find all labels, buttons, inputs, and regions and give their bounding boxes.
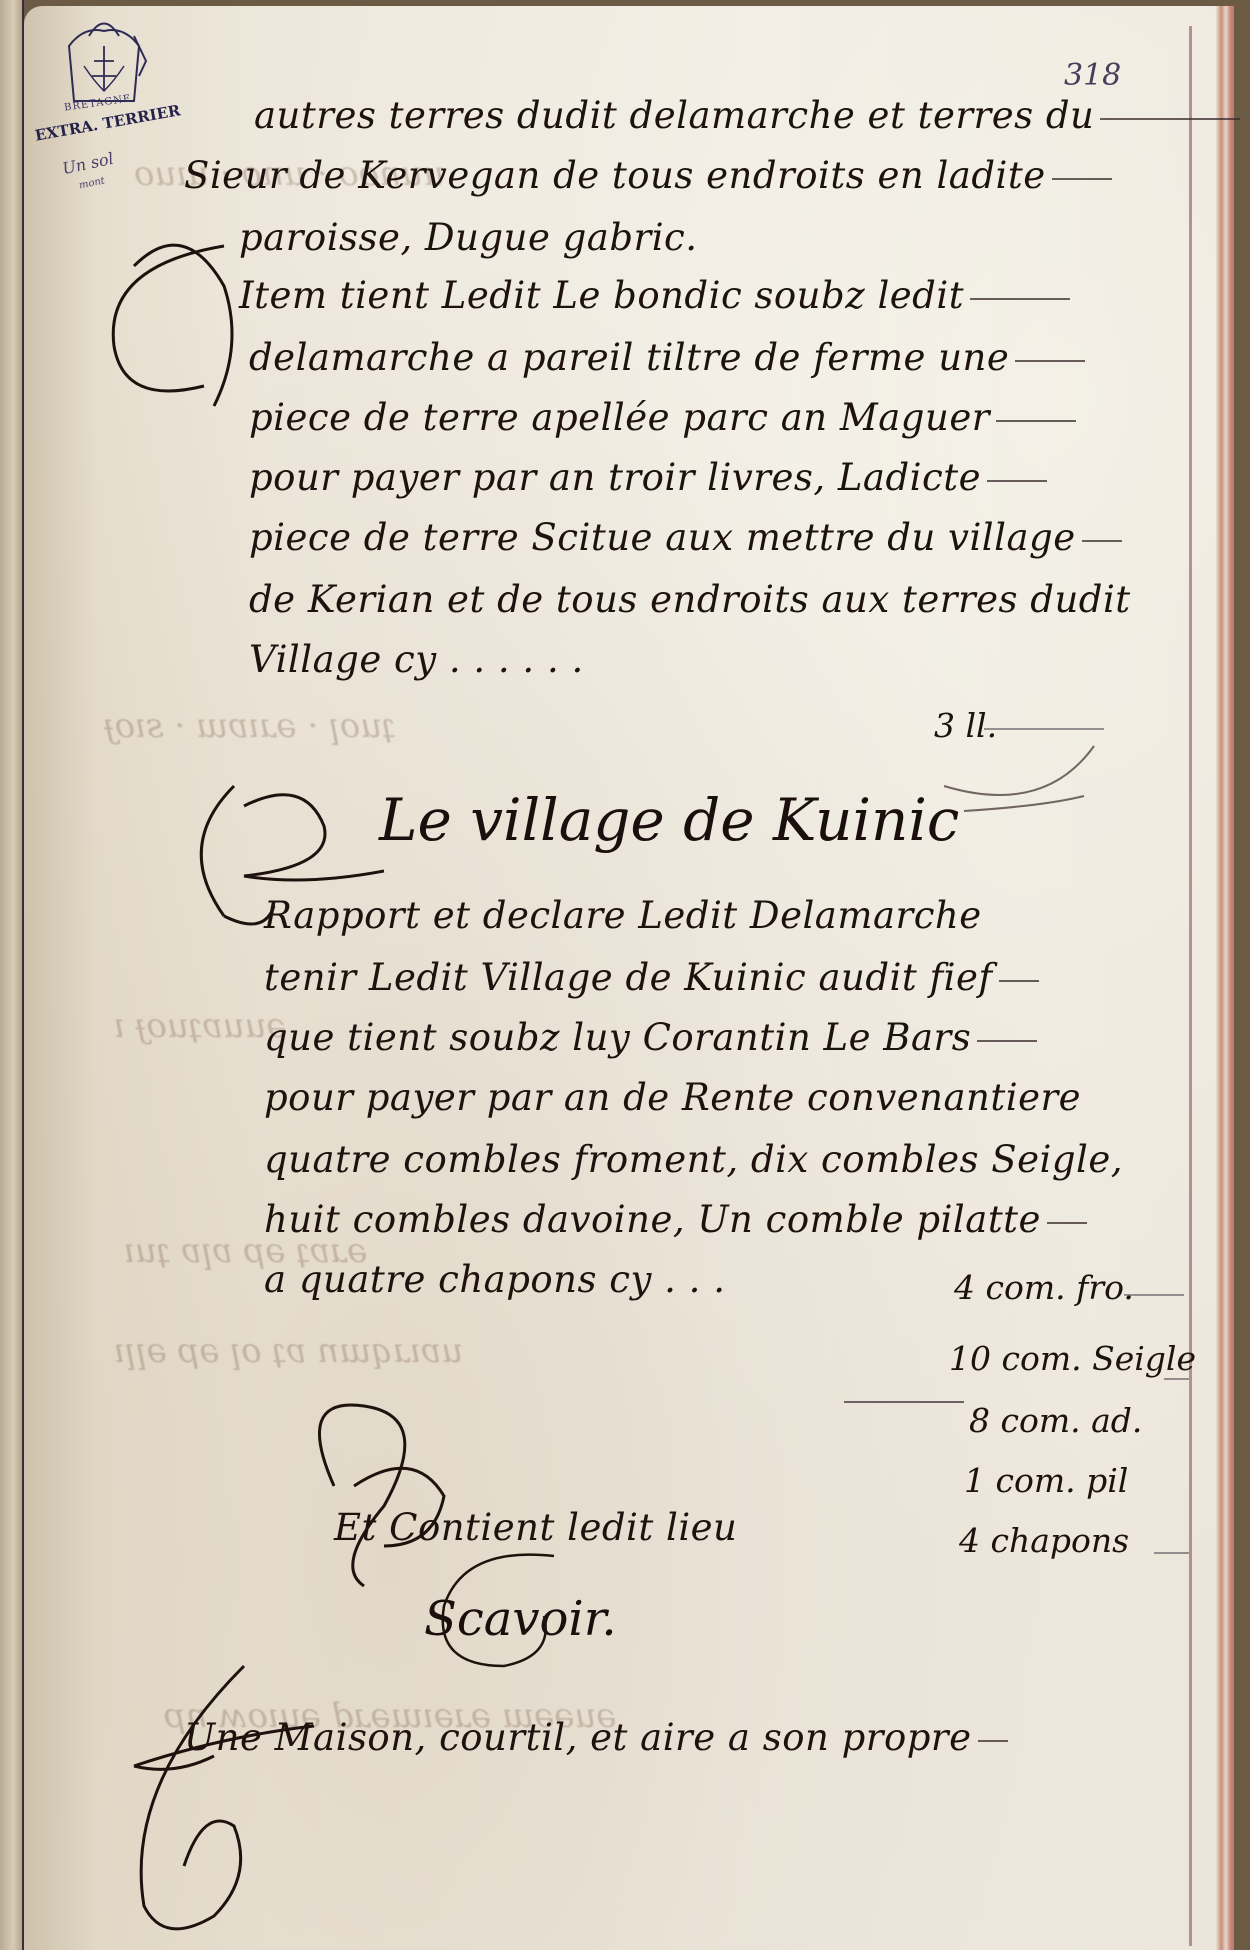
dues-entry: 10 com. Seigle [949, 1339, 1196, 1378]
folio-number: 318 [1064, 58, 1121, 93]
divider [1124, 1294, 1184, 1296]
text-line: Une Maison, courtil, et aire a son propr… [184, 1716, 1008, 1759]
bleed-through-text: ʇuoꞁ · ǝɹıɐɯ · sıoɟ [104, 706, 396, 746]
text-line: huit combles davoine, Un comble pilatte [264, 1198, 1087, 1241]
divider [1154, 1552, 1189, 1554]
text-line: Item tient Ledit Le bondic soubz ledit [239, 274, 1070, 317]
page-edge [1216, 6, 1234, 1950]
dues-entry: 4 com. fro. [954, 1268, 1134, 1307]
subheading: Scavoir. [424, 1591, 617, 1647]
bleed-through-text: ǝuuɐʇuoɟ ı [114, 1006, 287, 1046]
text-line: Et Contient ledit lieu [334, 1506, 737, 1549]
divider [1164, 1378, 1189, 1380]
text-line: Village cy . . . . . . [249, 638, 584, 681]
margin-rule [1189, 26, 1192, 1946]
flourish-initial-U [114, 1646, 374, 1946]
text-line: tenir Ledit Village de Kuinic audit fief [264, 956, 1039, 999]
text-line: delamarche a pareil tiltre de ferme une [249, 336, 1085, 379]
book-binding-gutter [0, 0, 24, 1950]
bleed-through-text: uɐıɹqɯn ɐʇ oꞁ ǝp ǝꞁꞁı [114, 1331, 463, 1371]
dues-entry: 8 com. ad. [969, 1401, 1142, 1440]
manuscript-page: uunoo · uno · uıuo ʇuoꞁ · ǝɹıɐɯ · sıoɟ ǝ… [24, 6, 1234, 1950]
text-line: que tient soubz luy Corantin Le Bars [264, 1016, 1037, 1059]
amount-note: 3 ll. [934, 706, 997, 745]
divider [844, 1401, 964, 1403]
stamp-handwritten-note: Un sol [61, 149, 116, 178]
text-line: a quatre chapons cy . . . [264, 1258, 725, 1301]
flourish-initial-E [274, 1386, 514, 1616]
text-line: Rapport et declare Ledit Delamarche [264, 894, 982, 937]
text-line: pour payer par an troir livres, Ladicte [249, 456, 1047, 499]
archive-stamp: BRETAGNE EXTRA. TERRIER Un sol mont [34, 6, 174, 181]
dues-entry: 4 chapons [959, 1521, 1129, 1560]
section-heading: Le village de Kuinic [379, 786, 959, 854]
text-line: autres terres dudit delamarche et terres… [254, 94, 1240, 137]
divider [984, 728, 1104, 730]
text-line: pour payer par an de Rente convenantiere [264, 1076, 1081, 1119]
stamp-handwritten-note: mont [78, 175, 106, 191]
text-line: de Kerian et de tous endroits aux terres… [249, 578, 1131, 621]
text-line: Sieur de Kervegan de tous endroits en la… [184, 154, 1112, 197]
text-line: quatre combles froment, dix combles Seig… [264, 1138, 1123, 1181]
dues-entry: 1 com. pil [964, 1461, 1128, 1500]
text-line: piece de terre Scitue aux mettre du vill… [249, 516, 1122, 559]
text-line: piece de terre apellée parc an Maguer [249, 396, 1076, 439]
text-line: paroisse, Dugue gabric. [239, 216, 698, 259]
